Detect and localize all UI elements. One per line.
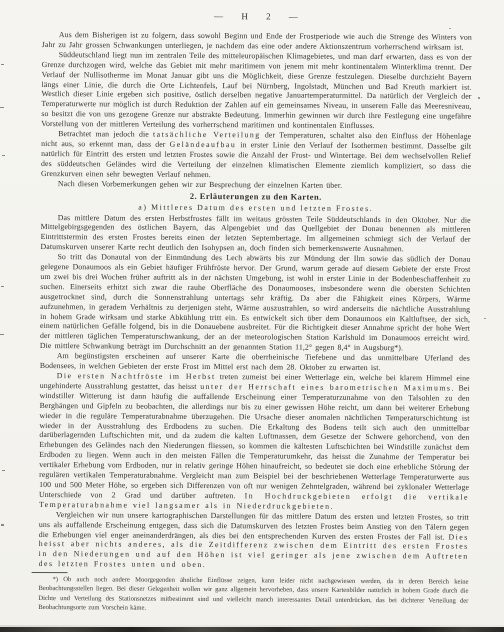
body-paragraph: So tritt das Donautal von der Einmündung… <box>40 252 471 354</box>
text-segment: *) Ob auch noch andere Moorgegenden ähnl… <box>38 576 468 611</box>
scan-bottom-edge <box>0 627 504 632</box>
text-segment: Süddeutschland liegt nun im zentralen Te… <box>41 50 471 130</box>
text-segment: Bei windstiller Witterung ist dann häufi… <box>39 383 470 500</box>
scan-artifact <box>1 286 4 287</box>
text-segment: 2. Erläuterungen zu den Karten. <box>190 191 322 201</box>
scanned-book-page: — H 2 — Aus dem Bisherigen ist zu folger… <box>0 0 504 632</box>
emphasized-text: tatsächliche Verteilung <box>153 130 261 140</box>
scan-artifact <box>2 155 5 156</box>
body-paragraph: Süddeutschland liegt nun im zentralen Te… <box>41 50 471 132</box>
body-paragraph: Am begünstigsten erscheinen auf unserer … <box>40 351 470 373</box>
footnote-text: *) Ob auch noch andere Moorgegenden ähnl… <box>38 575 468 614</box>
text-segment: a) Mittleres Datum des ersten und letzte… <box>138 202 373 212</box>
scan-artifact <box>449 28 451 29</box>
scan-artifact <box>484 318 486 319</box>
page-content: — H 2 — Aus dem Bisherigen ist zu folger… <box>38 10 472 615</box>
text-segment: Nach diesen Vorbemerkungen gehen wir zur… <box>58 179 342 190</box>
text-segment: Vergleichen wir nun unsere kartographisc… <box>39 510 469 541</box>
text-segment: Aus dem Bisherigen ist zu folgern, dass … <box>42 30 472 51</box>
body-paragraph: Nach diesen Vorbemerkungen gehen wir zur… <box>41 179 471 192</box>
text-segment: Das mittlere Datum des ersten Herbstfros… <box>41 213 471 254</box>
footnote-rule <box>32 572 68 573</box>
emphasized-text: Die ersten Nachtfröste im Herbst <box>57 371 216 381</box>
scan-artifact <box>2 470 5 471</box>
scan-artifact <box>1 64 4 65</box>
body-paragraph: Vergleichen wir nun unsere kartographisc… <box>39 510 469 572</box>
text-segment: Am begünstigsten erscheinen auf unserer … <box>40 351 470 372</box>
body-paragraph: Aus dem Bisherigen ist zu folgern, dass … <box>42 30 472 52</box>
text-segment: Betrachtet man jedoch die <box>58 129 153 139</box>
scan-artifact <box>478 97 480 99</box>
scan-artifact <box>0 334 4 335</box>
text-segment: So tritt das Donautal von der Einmündung… <box>40 252 471 352</box>
scan-artifact <box>0 107 4 108</box>
emphasized-text: Geländeaufbau <box>170 140 237 149</box>
body-paragraph: Das mittlere Datum des ersten Herbstfros… <box>41 212 471 254</box>
body-paragraph: Die ersten Nachtfröste im Herbst treten … <box>39 371 470 512</box>
body-paragraph: Betrachtet man jedoch die tatsächliche V… <box>41 129 471 181</box>
page-number-header: — H 2 — <box>42 10 472 23</box>
page-body: Aus dem Bisherigen ist zu folgern, dass … <box>38 30 472 615</box>
emphasized-text: unter der Herrschaft eines barometrische… <box>200 382 455 393</box>
scan-artifact <box>1 524 4 526</box>
